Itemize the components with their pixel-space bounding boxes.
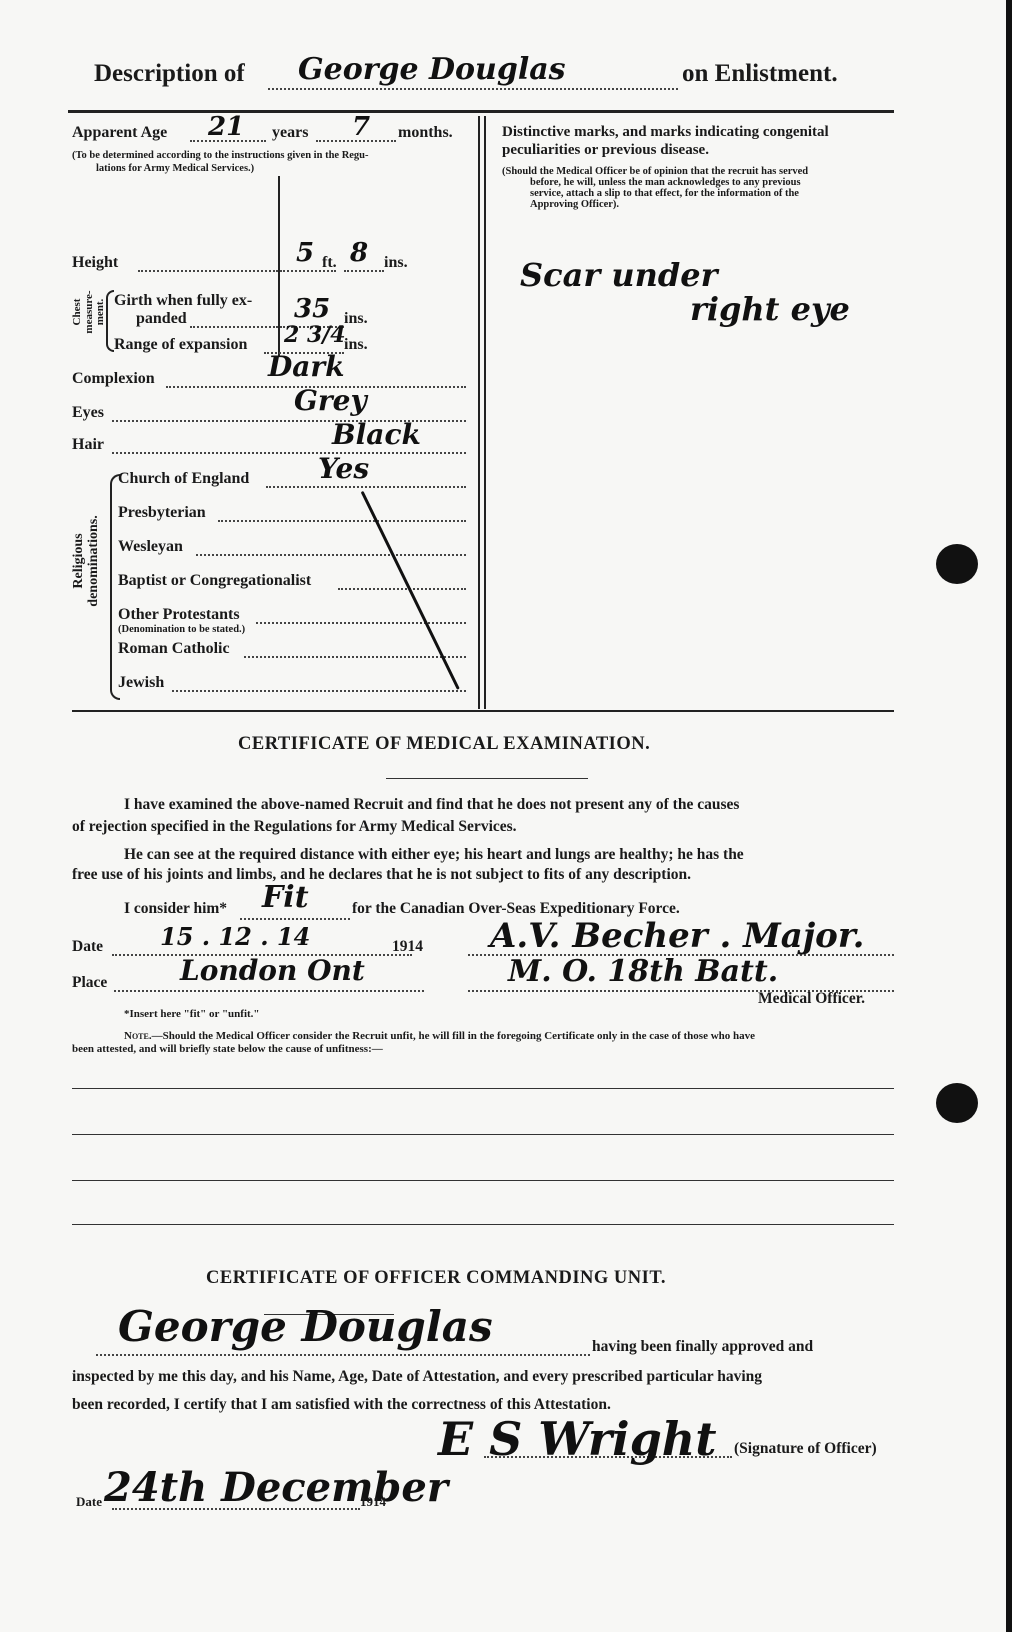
distinctive-marks-note-line4: Approving Officer).: [530, 199, 619, 210]
title-rule: [68, 110, 894, 113]
distinctive-marks-value-line1: Scar under: [520, 256, 717, 294]
distinctive-marks-value-line2: right eye: [690, 290, 850, 328]
religion-line-4: [256, 622, 466, 624]
expansion-label: Range of expansion: [114, 336, 247, 354]
age-note-line2: lations for Army Medical Services.): [96, 163, 254, 174]
punch-hole-bottom: [936, 1083, 978, 1123]
note-label: Note.: [124, 1030, 152, 1042]
note-line1: Note.—Should the Medical Officer conside…: [124, 1030, 755, 1042]
officer-line1-suffix: having been finally approved and: [592, 1338, 813, 1356]
age-months-value: 7: [352, 112, 370, 142]
place-label: Place: [72, 974, 107, 992]
title-name-line: [268, 88, 678, 90]
medical-officer-caption: Medical Officer.: [758, 990, 865, 1008]
consider-value: Fit: [262, 880, 309, 915]
religion-line-2: [196, 554, 466, 556]
footnote: *Insert here "fit" or "unfit.": [124, 1008, 260, 1020]
height-label: Height: [72, 254, 118, 272]
medical-date-year: 1914: [392, 938, 423, 956]
medical-para1-line2: of rejection specified in the Regulation…: [72, 818, 517, 836]
expansion-value: 2 3/4: [284, 322, 346, 348]
complexion-value: Dark: [268, 350, 345, 383]
height-line: [138, 270, 278, 272]
religion-group-label: Religious denominations.: [72, 476, 101, 646]
title-recruit-name: George Douglas: [298, 52, 566, 87]
hair-line: [112, 452, 466, 454]
religion-label-wesleyan: Wesleyan: [118, 538, 183, 556]
religion-label-presbyterian: Presbyterian: [118, 504, 206, 522]
distinctive-marks-note-line1: (Should the Medical Officer be of opinio…: [502, 166, 808, 177]
religion-group-label-line1: Religious: [72, 476, 87, 646]
hair-value: Black: [332, 418, 421, 451]
officer-signature-caption: (Signature of Officer): [734, 1440, 877, 1458]
medical-officer-signature: A.V. Becher . Major.: [490, 916, 864, 956]
expansion-unit: ins.: [344, 336, 368, 354]
consider-line: [240, 918, 350, 920]
attestation-page: Description of George Douglas on Enlistm…: [0, 0, 1012, 1632]
section-rule: [72, 710, 894, 712]
years-label: years: [272, 124, 308, 142]
religion-line-3: [338, 588, 466, 590]
height-in-line: [344, 270, 384, 272]
religion-label-roman-catholic: Roman Catholic: [118, 640, 230, 658]
recruit-name-signature: George Douglas: [118, 1302, 493, 1351]
medical-para1-line1: I have examined the above-named Recruit …: [124, 796, 739, 814]
punch-hole-top: [936, 544, 978, 584]
medical-date-label: Date: [72, 938, 103, 956]
officer-certificate-heading: CERTIFICATE OF OFFICER COMMANDING UNIT.: [206, 1268, 666, 1289]
unfitness-line-1: [72, 1088, 894, 1089]
officer-date-year: 1914: [360, 1494, 386, 1510]
chest-group-label: Chest measure-ment.: [72, 284, 107, 340]
officer-line2: inspected by me this day, and his Name, …: [72, 1368, 762, 1386]
height-in-value: 8: [350, 238, 368, 268]
religion-label-jewish: Jewish: [118, 674, 164, 692]
girth-label-line2: panded: [136, 310, 187, 328]
unfitness-line-2: [72, 1134, 894, 1135]
distinctive-marks-heading-line2: peculiarities or previous disease.: [502, 142, 709, 159]
recruit-name-line: [96, 1354, 590, 1356]
distinctive-marks-heading-line1: Distinctive marks, and marks indicating …: [502, 124, 829, 141]
note-text-line1: —Should the Medical Officer consider the…: [152, 1030, 755, 1042]
religion-line-0: [266, 486, 466, 488]
medical-date-value: 15 . 12 . 14: [160, 922, 310, 951]
months-label: months.: [398, 124, 453, 142]
medical-para2-line2: free use of his joints and limbs, and he…: [72, 866, 691, 884]
religion-line-1: [218, 520, 466, 522]
measure-divider: [278, 176, 280, 356]
ins-label: ins.: [384, 254, 408, 272]
medical-officer-unit: M. O. 18th Batt.: [508, 954, 778, 989]
place-value: London Ont: [180, 954, 365, 987]
religion-line-5: [244, 656, 466, 658]
height-ft-value: 5: [296, 238, 314, 268]
girth-unit: ins.: [344, 310, 368, 328]
religion-label-church-of-england: Church of England: [118, 470, 249, 488]
religion-line-6: [172, 690, 466, 692]
other-protestants-note: (Denomination to be stated.): [118, 624, 245, 635]
column-divider-2: [484, 116, 486, 709]
medical-certificate-heading: CERTIFICATE OF MEDICAL EXAMINATION.: [238, 734, 650, 755]
eyes-label: Eyes: [72, 404, 104, 422]
scan-edge: [1006, 0, 1012, 1632]
column-divider: [478, 116, 480, 709]
heading-ornament: [386, 778, 588, 779]
eyes-value: Grey: [294, 384, 367, 417]
girth-label-line: [190, 326, 278, 328]
age-years-value: 21: [208, 112, 244, 142]
title-prefix: Description of: [94, 60, 245, 88]
unfitness-line-3: [72, 1180, 894, 1181]
religion-label-other-protestants: Other Protestants: [118, 606, 240, 624]
ft-label: ft.: [322, 254, 337, 272]
girth-label-line1: Girth when fully ex-: [114, 292, 252, 310]
distinctive-marks-note-line2: before, he will, unless the man acknowle…: [530, 177, 801, 188]
place-line: [114, 990, 424, 992]
chest-brace: [106, 290, 114, 352]
consider-prefix: I consider him*: [124, 900, 227, 918]
title-suffix: on Enlistment.: [682, 60, 838, 88]
distinctive-marks-note-line3: service, attach a slip to that effect, f…: [530, 188, 799, 199]
religion-group-label-line2: denominations.: [87, 476, 102, 646]
hair-label: Hair: [72, 436, 104, 454]
complexion-label: Complexion: [72, 370, 155, 388]
officer-date-label: Date: [76, 1494, 102, 1510]
religion-value-church-of-england: Yes: [318, 452, 369, 485]
officer-date-value: 24th December: [104, 1464, 448, 1511]
officer-signature: E S Wright: [438, 1412, 716, 1466]
note-line2: been attested, and will briefly state be…: [72, 1043, 383, 1055]
unfitness-line-4: [72, 1224, 894, 1225]
religion-label-baptist: Baptist or Congregationalist: [118, 572, 311, 590]
age-note-line1: (To be determined according to the instr…: [72, 150, 369, 161]
apparent-age-label: Apparent Age: [72, 124, 167, 142]
medical-para2-line1: He can see at the required distance with…: [124, 846, 744, 864]
girth-value: 35: [294, 294, 330, 324]
